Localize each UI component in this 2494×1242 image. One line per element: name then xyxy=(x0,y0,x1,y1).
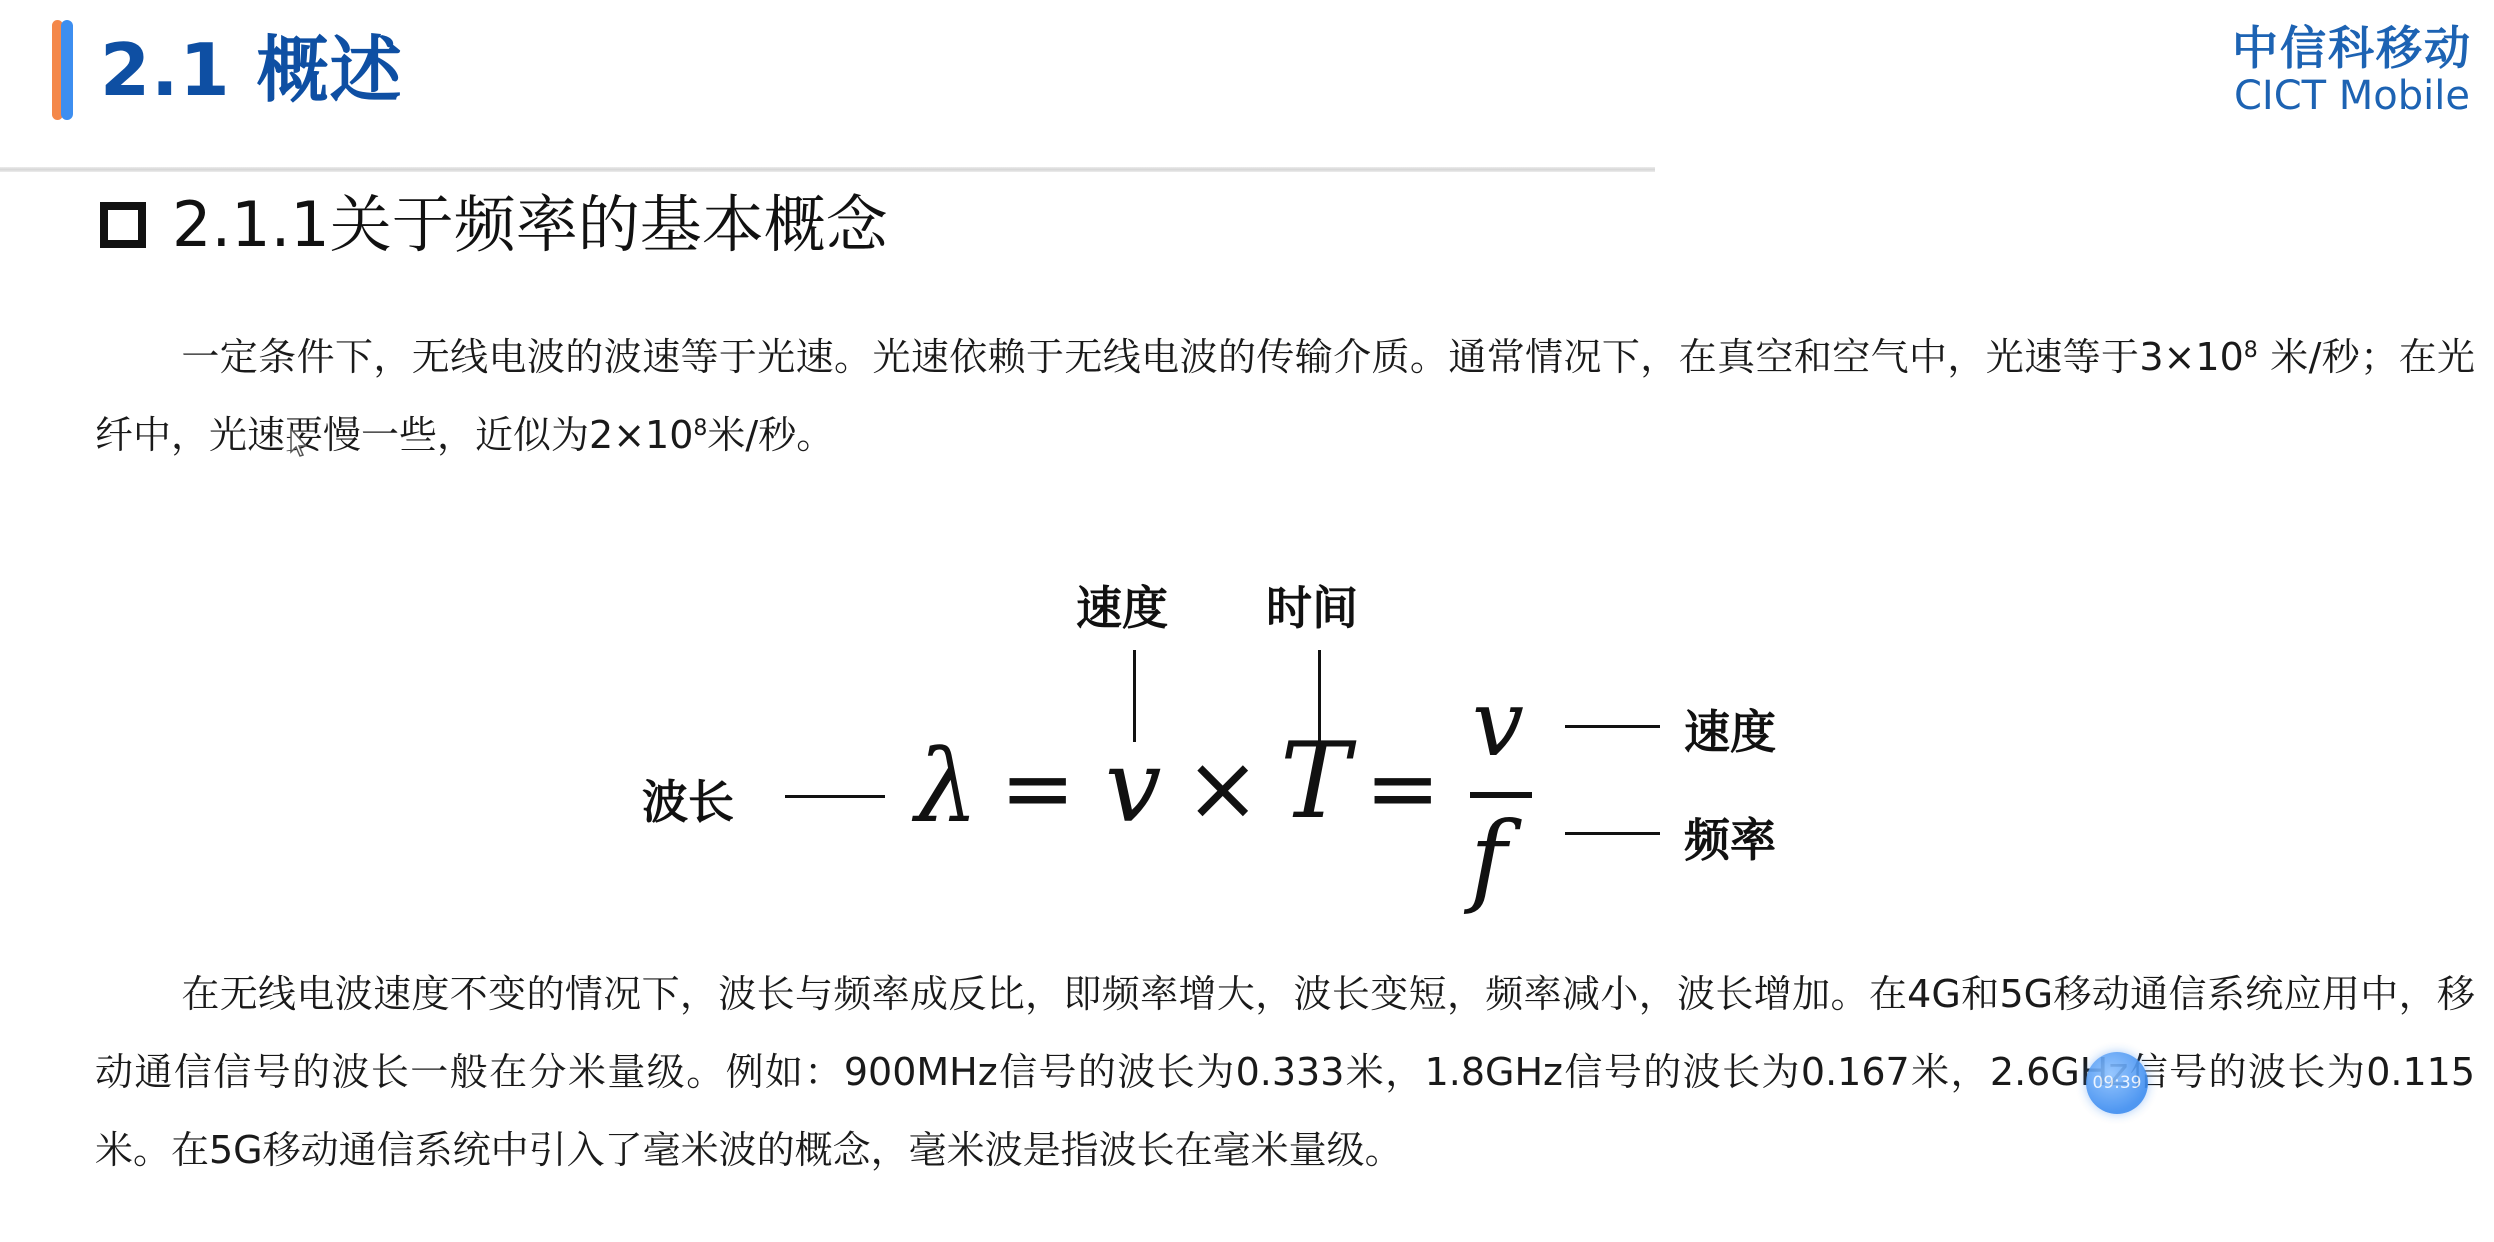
label-speed-right: 速度 xyxy=(1684,696,1776,762)
fraction-denominator-f: f xyxy=(1470,800,1507,917)
symbol-period: T xyxy=(1280,720,1350,842)
connector-wavelength xyxy=(785,795,885,798)
accent-bar-blue xyxy=(61,20,73,120)
logo-name-en: CICT Mobile xyxy=(2232,74,2472,118)
times-sign: × xyxy=(1185,736,1260,841)
equals-sign-2: = xyxy=(1365,736,1440,841)
symbol-lambda: λ xyxy=(915,728,978,845)
section-heading: 2.1.1关于频率的基本概念 xyxy=(100,185,888,265)
fiber-speed: 2×108 xyxy=(589,413,707,457)
label-speed-top: 速度 xyxy=(1076,572,1168,638)
logo-name-cn: 中信科移动 xyxy=(2232,22,2472,74)
fraction-numerator-v: v xyxy=(1472,670,1524,777)
symbol-velocity: v xyxy=(1105,728,1162,845)
hollow-square-icon xyxy=(100,202,146,248)
connector-speed-right xyxy=(1565,725,1660,728)
label-time-top: 时间 xyxy=(1266,572,1358,638)
paragraph1-line1: 一定条件下，无线电波的波速等于光速。光速依赖于无线电波的传输介质。通常情况下，在… xyxy=(181,335,2139,379)
mouse-cursor-icon xyxy=(290,428,308,458)
paragraph-light-speed: 一定条件下，无线电波的波速等于光速。光速依赖于无线电波的传输介质。通常情况下，在… xyxy=(95,318,2475,474)
fraction-bar xyxy=(1470,792,1532,798)
label-wavelength: 波长 xyxy=(642,766,734,832)
slide-title: 2.1 概述 xyxy=(100,20,403,120)
header-divider xyxy=(0,167,1655,172)
title-accent-bar xyxy=(52,20,74,120)
vacuum-speed: 3×108 xyxy=(2139,335,2257,379)
equals-sign-1: = xyxy=(1000,736,1075,841)
connector-frequency-right xyxy=(1565,832,1660,835)
section-heading-text: 2.1.1关于频率的基本概念 xyxy=(172,185,888,265)
recording-timer-badge[interactable]: 09:39 xyxy=(2086,1052,2148,1114)
wavelength-formula: 速度 时间 波长 λ = v × T = v f 速度 频率 xyxy=(0,560,2494,940)
label-frequency-right: 频率 xyxy=(1684,804,1776,870)
company-logo: 中信科移动 CICT Mobile xyxy=(2232,22,2472,118)
